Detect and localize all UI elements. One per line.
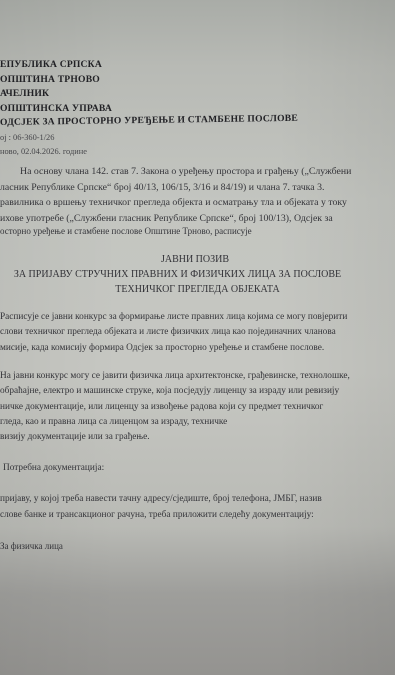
paragraph1-line: Расписује се јавни конкурс за формирање … (0, 312, 347, 322)
header-line-republic: ЕПУБЛИКА СРПСКА (0, 59, 102, 70)
paragraph2-line: ничке документације, или лиценцу за изво… (0, 402, 323, 412)
section-line: слове банке и трансакционог рачуна, треб… (0, 510, 314, 520)
paragraph2-line: На јавни конкурс могу се јавити физичка … (0, 371, 350, 381)
notice-subtitle: ЗА ПРИЈАВУ СТРУЧНИХ ПРАВНИХ И ФИЗИЧКИХ Л… (0, 269, 355, 280)
intro-line: На основу члана 142. став 7. Закона о ур… (20, 166, 351, 177)
notice-title: ЈАВНИ ПОЗИВ (0, 254, 390, 265)
section-heading: Потребна документација: (3, 463, 104, 473)
intro-line: равилника о вршењу техничког прегледа об… (0, 197, 347, 208)
section-subheading: За физичка лица (0, 541, 63, 551)
header-line-municipality: ОПШТИНА ТРНОВО (0, 74, 100, 85)
document-page: ЕПУБЛИКА СРПСКА ОПШТИНА ТРНОВО АЧЕЛНИК О… (0, 0, 395, 675)
section-line: пријаву, у којој треба навести тачну адр… (0, 494, 322, 504)
header-line-administration: ОПШТИНСКА УПРАВА (0, 103, 112, 114)
intro-line: ихове употребе („Службени гласник Републ… (0, 213, 333, 224)
header-line-department: ОДСЈЕК ЗА ПРОСТОРНО УРЕЂЕЊЕ И СТАМБЕНЕ П… (0, 113, 298, 128)
paragraph1-line: мисије, када комисију формира Одсјек за … (0, 343, 324, 353)
document-date: ново, 02.04.2026. године (0, 147, 87, 156)
intro-line: осторно уређење и стамбене послове Општи… (0, 226, 252, 236)
paragraph2-line: гледа, као и правна лица са лиценцом за … (0, 417, 227, 427)
notice-subtitle: ТЕХНИЧКОГ ПРЕГЛЕДА ОБЈЕКАТА (0, 284, 395, 295)
document-number: ој : 06-360-1/26 (0, 133, 54, 142)
header-line-mayor: АЧЕЛНИК (0, 88, 49, 99)
intro-line: ласник Републике Српске“ број 40/13, 106… (0, 182, 324, 193)
paragraph2-line: обраћајне, електро и машинске струке, ко… (0, 386, 339, 396)
paragraph1-line: слови техничког прегледа објеката и лист… (0, 327, 336, 337)
paragraph2-line: визију документације или за грађење. (0, 432, 150, 442)
